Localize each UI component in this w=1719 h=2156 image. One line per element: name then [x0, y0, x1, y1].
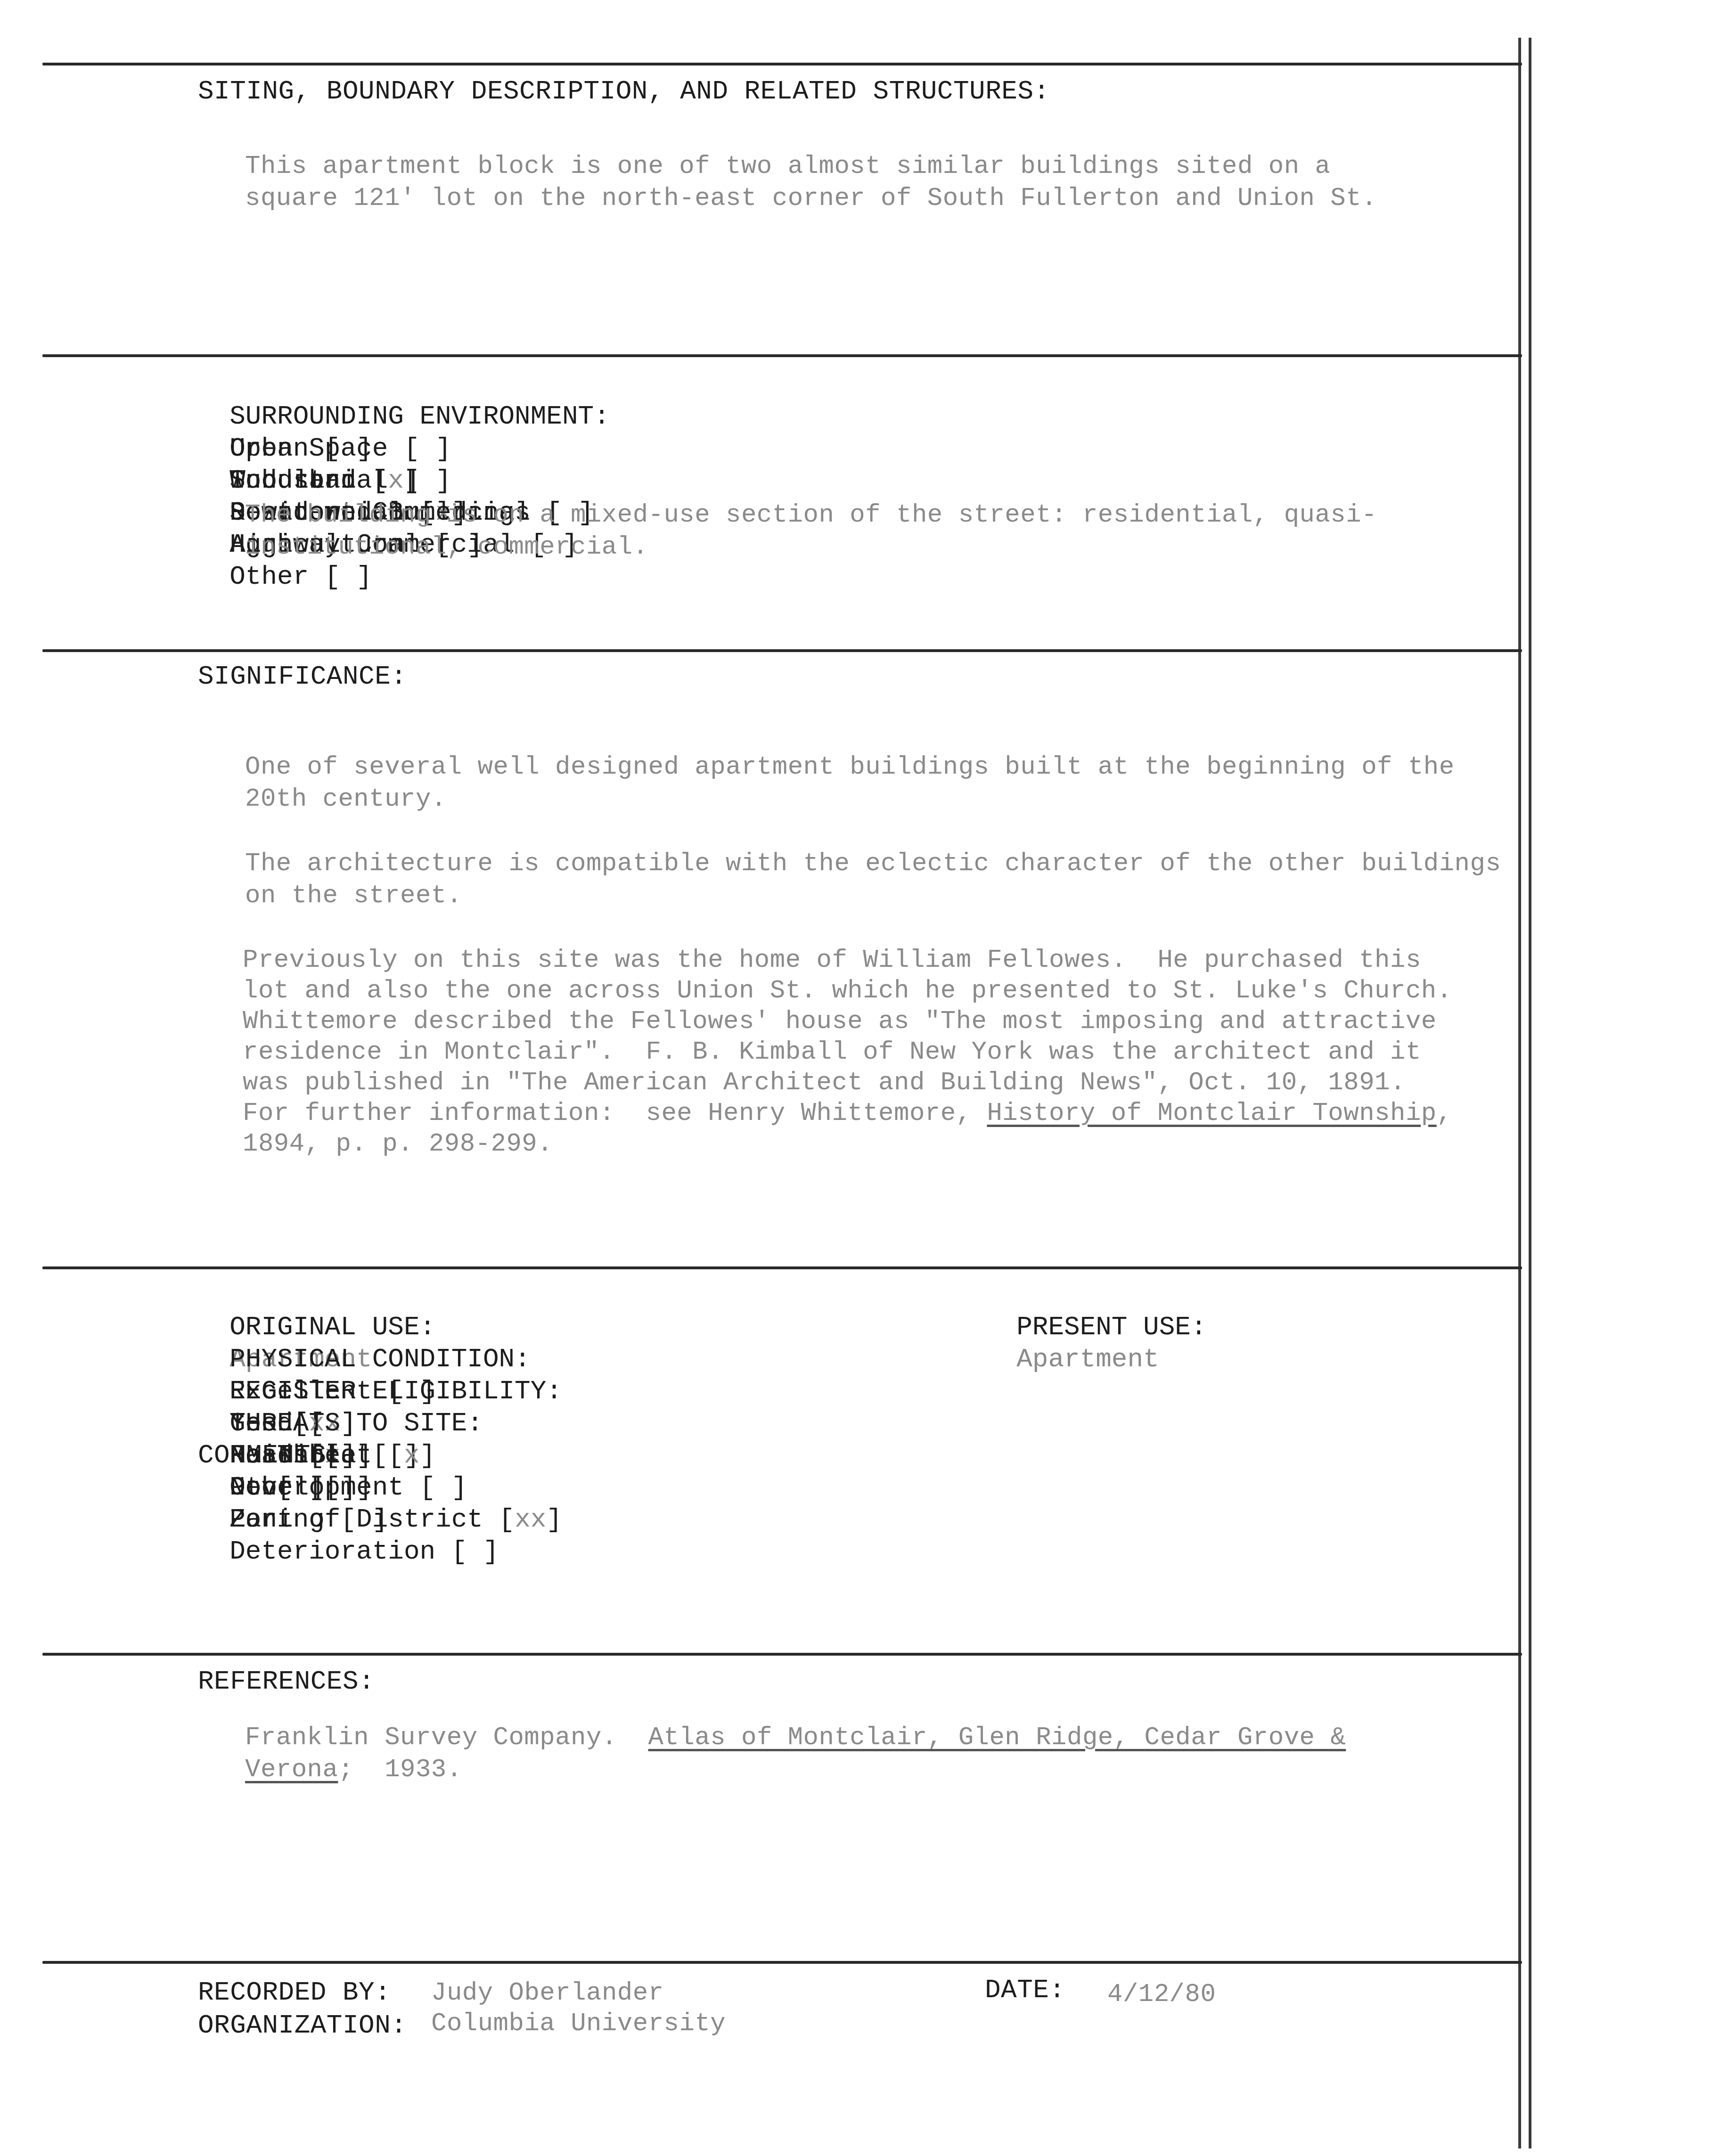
checkbox-threat-other[interactable]: Other [ ]: [229, 1471, 372, 1503]
siting-line: This apartment block is one of two almos…: [245, 151, 1330, 183]
reference-title: Atlas of Montclair, Glen Ridge, Cedar Gr…: [648, 1723, 1346, 1752]
significance-text: on the street.: [245, 880, 462, 912]
date-label: DATE:: [985, 1974, 1065, 2006]
recorded-by-value: Judy Oberlander: [431, 1977, 664, 2009]
environment-note: The building is on a mixed-use section o…: [245, 499, 1377, 531]
significance-text: 20th century.: [245, 784, 447, 816]
checkbox-deterioration[interactable]: Deterioration [ ]: [229, 1535, 499, 1568]
siting-line: square 121' lot on the north-east corner…: [245, 183, 1377, 215]
present-use-row: PRESENT USE: Apartment: [985, 1279, 1206, 1375]
reference-entry-line-1: Franklin Survey Company. Atlas of Montcl…: [245, 1722, 1346, 1754]
environment-note: institutional, commercial.: [245, 531, 648, 563]
significance-text: Previously on this site was the home of …: [243, 945, 1421, 977]
significance-text: 1894, p. p. 298-299.: [243, 1128, 553, 1160]
section-divider: [42, 649, 1522, 652]
section-divider: [42, 354, 1522, 357]
significance-text: Whittemore described the Fellowes' house…: [243, 1006, 1437, 1038]
checkbox-other[interactable]: Other [ ]: [229, 561, 372, 593]
comments-label: COMMENTS:: [198, 1439, 343, 1471]
right-border-outer: [1529, 38, 1531, 2148]
references-heading: REFERENCES:: [198, 1666, 375, 1698]
significance-heading: SIGNIFICANCE:: [198, 661, 407, 693]
significance-text: The architecture is compatible with the …: [245, 848, 1501, 880]
section-divider: [42, 1653, 1522, 1656]
significance-text: lot and also the one across Union St. wh…: [243, 975, 1452, 1007]
reference-title-cont: Verona: [245, 1756, 338, 1784]
significance-further-info: For further information: see Henry Whitt…: [243, 1098, 1452, 1130]
significance-text: was published in "The American Architect…: [243, 1067, 1406, 1099]
present-use-value: Apartment: [1016, 1344, 1159, 1374]
siting-heading: SITING, BOUNDARY DESCRIPTION, AND RELATE…: [198, 75, 1050, 107]
present-use-label: PRESENT USE:: [1016, 1312, 1206, 1342]
organization-value: Columbia University: [431, 2008, 726, 2040]
checkbox-industrial[interactable]: Industrial [ ]: [229, 465, 451, 497]
organization-label: ORGANIZATION:: [198, 2009, 407, 2042]
section-divider: [42, 1266, 1522, 1269]
significance-text: residence in Montclair". F. B. Kimball o…: [243, 1037, 1421, 1069]
significance-text: One of several well designed apartment b…: [245, 751, 1455, 784]
checkbox-zoning[interactable]: Zoning [ ]: [229, 1503, 388, 1535]
section-divider: [42, 63, 1522, 65]
date-value: 4/12/80: [1107, 1979, 1216, 2011]
reference-entry-line-2: Verona; 1933.: [245, 1754, 462, 1786]
recorded-by-label: RECORDED BY:: [198, 1976, 391, 2009]
section-divider: [42, 1961, 1522, 1964]
cited-book-title: History of Montclair Township: [987, 1099, 1436, 1128]
